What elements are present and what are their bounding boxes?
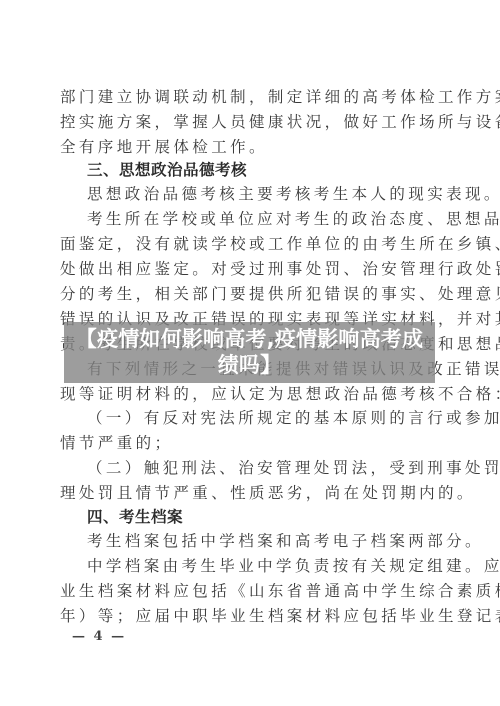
body-text-line: 理处罚且情节严重、性质恶劣，尚在处罚期内的。 (60, 483, 440, 503)
body-text-line: 思想政治品德考核主要考核考生本人的现实表现。 (87, 184, 440, 204)
overlay-title: 【疫情如何影响高考,疫情影响高考成 绩吗】 (64, 326, 435, 378)
body-text-line: 情节严重的； (60, 433, 440, 453)
body-text-line: 考生所在学校或单位应对考生的政治态度、思想品德做出全 (87, 209, 440, 229)
body-text-line: 控实施方案，掌握人员健康状况，做好工作场所与设备消毒，安 (60, 112, 440, 132)
overlay-title-line-1: 【疫情如何影响高考,疫情影响高考成 (64, 326, 435, 352)
page-number: — 4 — (72, 629, 126, 644)
body-text-line: 处做出相应鉴定。对受过刑事处罚、治安管理行政处罚或违纪处 (60, 259, 440, 279)
body-text-line: 年）等；应届中职毕业生档案材料应包括毕业生登记表、考试成 (60, 606, 440, 626)
section-heading-4: 四、考生档案 (87, 507, 440, 527)
body-text-line: 分的考生，相关部门要提供所犯错误的事实、处理意见和本人对 (60, 284, 440, 304)
document-page: 部门建立协调联动机制，制定详细的高考体检工作方案和疫情防 控实施方案，掌握人员健… (0, 0, 500, 706)
body-text-line: 面鉴定，没有就读学校或工作单位的由考生所在乡镇、街道办事 (60, 234, 440, 254)
body-text-line: 业生档案材料应包括《山东省普通高中学生综合素质档案》（总三 (60, 581, 440, 601)
section-heading-3: 三、思想政治品德考核 (87, 160, 440, 180)
overlay-title-line-2: 绩吗】 (64, 352, 435, 378)
body-text-line: 现等证明材料的，应认定为思想政治品德考核不合格： (60, 384, 440, 404)
body-text-line: 中学档案由考生毕业中学负责按有关规定组建。应届高中毕 (87, 556, 440, 576)
body-text-line: 全有序地开展体检工作。 (60, 137, 440, 157)
body-text-line: 部门建立协调联动机制，制定详细的高考体检工作方案和疫情防 (60, 87, 440, 107)
body-text-line: （一）有反对宪法所规定的基本原则的言行或参加邪教组织， (87, 408, 440, 428)
title-overlay-banner: 【疫情如何影响高考,疫情影响高考成 绩吗】 (64, 322, 435, 383)
body-text-line: （二）触犯刑法、治安管理处罚法，受到刑事处罚或治安管 (87, 458, 440, 478)
body-text-line: 考生档案包括中学档案和高考电子档案两部分。 (87, 531, 440, 551)
